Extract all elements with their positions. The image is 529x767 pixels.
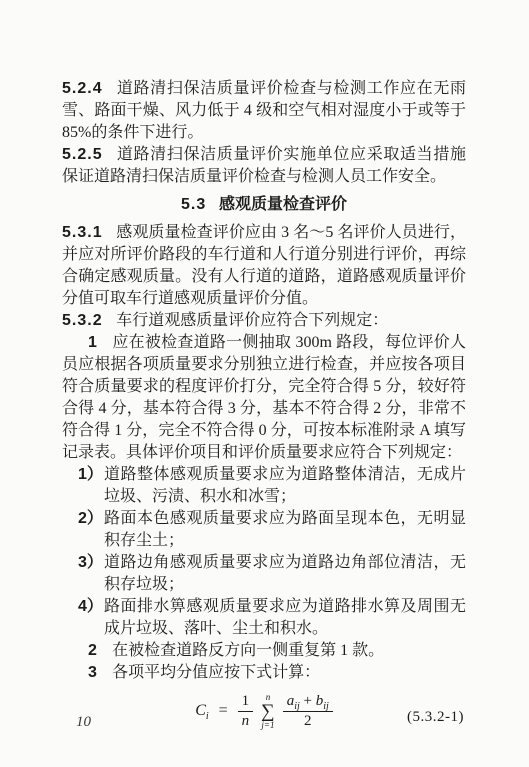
clause-5-2-5-number: 5.2.5	[62, 146, 103, 163]
subitem-3-text: 道路边角感观质量要求应为道路边角部位清洁，无积存垃圾；	[104, 554, 466, 593]
equation-average-score: Ci = 1n n∑j=1 aij + bij2	[195, 693, 333, 730]
clause-5-3-1-text: 感观质量检查评价应由 3 名～5 名评价人员进行，并应对所评价路段的车行道和人行…	[62, 224, 466, 307]
clause-5-3-1-number: 5.3.1	[62, 224, 103, 241]
clause-5-2-4-number: 5.2.4	[62, 80, 103, 97]
clause-5-2-4: 5.2.4道路清扫保洁质量评价检查与检测工作应在无雨雪、路面干燥、风力低于 4 …	[62, 78, 466, 144]
fraction-one-over-n: 1n	[238, 693, 254, 730]
subitem-2-text: 路面本色感观质量要求应为路面呈现本色，无明显积存尘土；	[104, 510, 466, 549]
formula-lhs: Ci	[195, 702, 208, 719]
subitem-4-number: 4）	[78, 596, 103, 618]
clause-5-3-2-item-1: 1应在被检查道路一侧抽取 300m 路段，每位评价人员应根据各项质量要求分别独立…	[62, 332, 466, 464]
item-3-text: 各项平均分值应按下式计算：	[112, 664, 320, 681]
subitem-2-number: 2）	[78, 508, 103, 530]
clause-5-3-2: 5.3.2车行道观感质量评价应符合下列规定：	[62, 310, 466, 332]
page-number: 10	[76, 714, 91, 731]
section-heading-title: 感观质量检查评价	[219, 196, 347, 213]
item-2-number: 2	[88, 642, 97, 659]
section-heading-number: 5.3	[181, 196, 206, 213]
clause-5-3-2-item-2: 2在被检查道路反方向一侧重复第 1 款。	[62, 640, 466, 662]
equals-sign: =	[219, 702, 228, 719]
section-heading-5-3: 5.3感观质量检查评价	[62, 194, 466, 216]
item-3-number: 3	[88, 664, 97, 681]
clause-5-2-4-text: 道路清扫保洁质量评价检查与检测工作应在无雨雪、路面干燥、风力低于 4 级和空气相…	[62, 80, 466, 141]
item-2-text: 在被检查道路反方向一侧重复第 1 款。	[112, 642, 384, 659]
item-1-text: 应在被检查道路一侧抽取 300m 路段，每位评价人员应根据各项质量要求分别独立进…	[62, 334, 466, 461]
clause-5-2-5: 5.2.5道路清扫保洁质量评价实施单位应采取适当措施保证道路清扫保洁质量评价检查…	[62, 144, 466, 188]
clause-5-3-2-item-3: 3各项平均分值应按下式计算：	[62, 662, 466, 684]
equation-number: (5.3.2-1)	[407, 706, 464, 728]
subitem-4: 4）路面排水箅感观质量要求应为道路排水箅及周围无成片垃圾、落叶、尘土和积水。	[62, 596, 466, 640]
subitem-3: 3）道路边角感观质量要求应为道路边角部位清洁，无积存垃圾；	[62, 552, 466, 596]
subitem-3-number: 3）	[78, 552, 103, 574]
subitem-1: 1）道路整体感观质量要求应为道路整体清洁，无成片垃圾、污渍、积水和冰雪；	[62, 464, 466, 508]
item-1-number: 1	[88, 334, 97, 351]
clause-5-2-5-text: 道路清扫保洁质量评价实施单位应采取适当措施保证道路清扫保洁质量评价检查与检测人员…	[62, 146, 466, 185]
clause-5-3-2-text: 车行道观感质量评价应符合下列规定：	[116, 312, 388, 329]
clause-5-3-2-number: 5.3.2	[62, 312, 103, 329]
formula-5-3-2-1: Ci = 1n n∑j=1 aij + bij2 (5.3.2-1)	[62, 693, 466, 741]
summation-symbol: n∑j=1	[261, 693, 275, 730]
subitem-4-text: 路面排水箅感观质量要求应为道路排水箅及周围无成片垃圾、落叶、尘土和积水。	[104, 598, 466, 637]
subitem-1-text: 道路整体感观质量要求应为道路整体清洁，无成片垃圾、污渍、积水和冰雪；	[104, 466, 466, 505]
subitem-2: 2）路面本色感观质量要求应为路面呈现本色，无明显积存尘土；	[62, 508, 466, 552]
subitem-1-number: 1）	[78, 464, 103, 486]
fraction-aij-bij-over-2: aij + bij2	[283, 693, 333, 730]
page-content: 5.2.4道路清扫保洁质量评价检查与检测工作应在无雨雪、路面干燥、风力低于 4 …	[62, 78, 466, 741]
clause-5-3-1: 5.3.1感观质量检查评价应由 3 名～5 名评价人员进行，并应对所评价路段的车…	[62, 222, 466, 310]
document-page: 5.2.4道路清扫保洁质量评价检查与检测工作应在无雨雪、路面干燥、风力低于 4 …	[0, 0, 529, 767]
